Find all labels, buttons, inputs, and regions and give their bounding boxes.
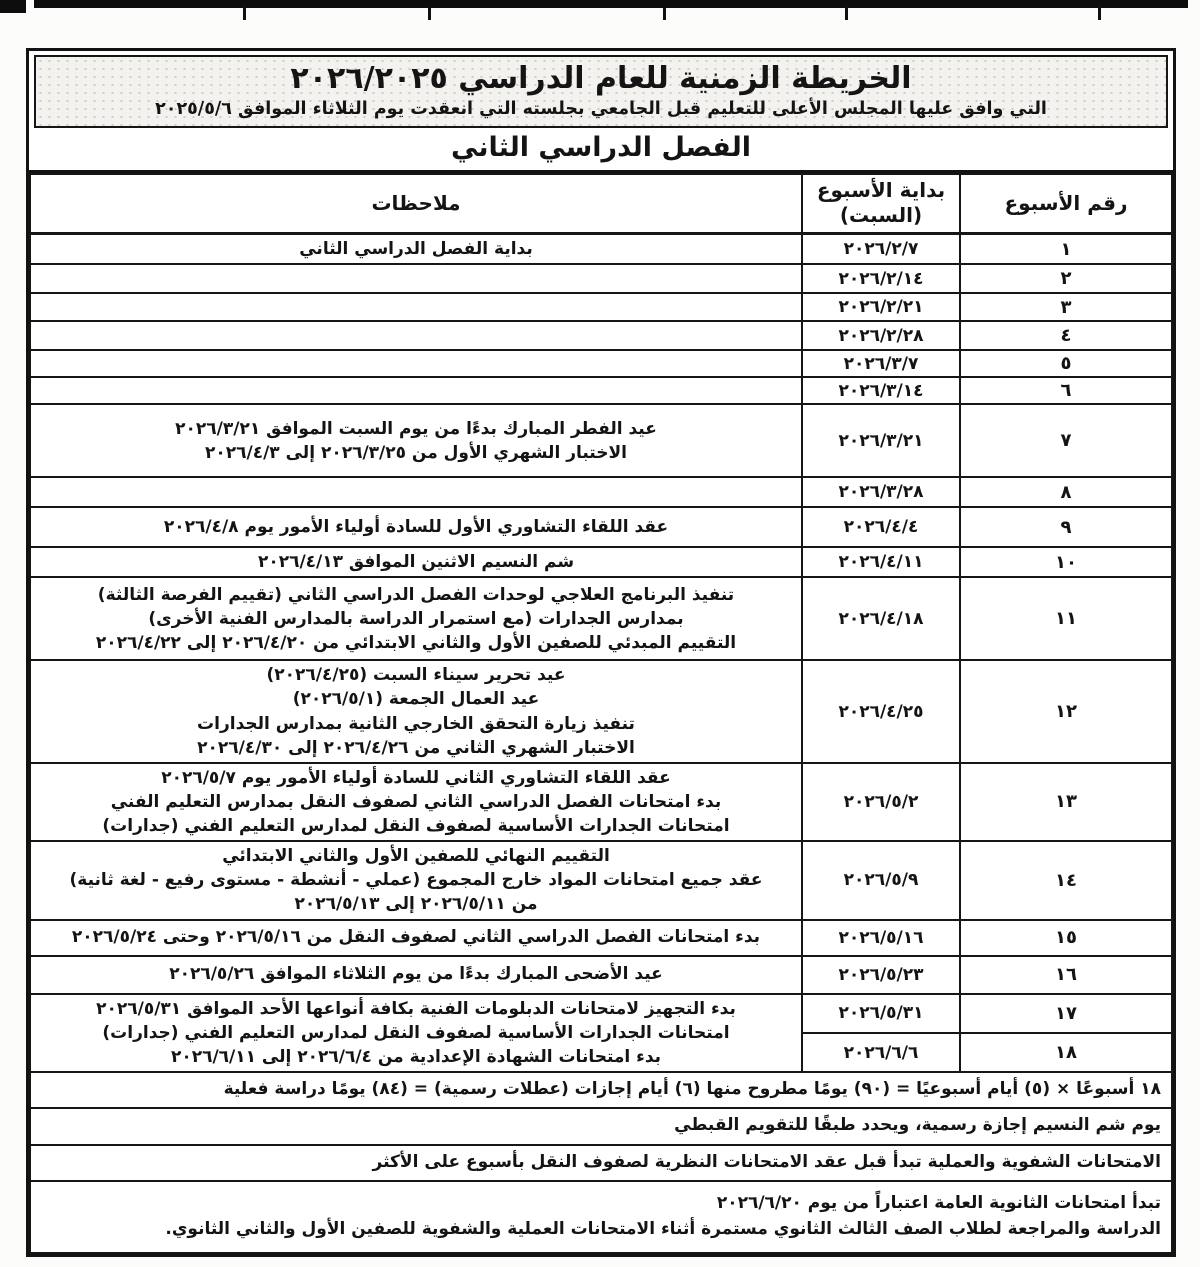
week-number-cell: ١٨ bbox=[960, 1033, 1172, 1072]
week-start-date-cell: ٢٠٢٦/٥/١٦ bbox=[802, 920, 960, 956]
week-number-cell: ١٥ bbox=[960, 920, 1172, 956]
week-row: ١١ ٢٠٢٦/٤/١٨ تنفيذ البرنامج العلاجي لوحد… bbox=[30, 577, 1172, 660]
notes-cell-merged: بدء التجهيز لامتحانات الدبلومات الفنية ب… bbox=[30, 994, 802, 1072]
notes-cell: التقييم النهائي للصفين الأول والثاني الا… bbox=[30, 841, 802, 919]
header-row: رقم الأسبوع بداية الأسبوع (السبت) ملاحظا… bbox=[30, 174, 1172, 234]
col-header-week-start: بداية الأسبوع (السبت) bbox=[802, 174, 960, 234]
footnote-cell: ١٨ أسبوعًا × (٥) أيام أسبوعيًا = (٩٠) يو… bbox=[30, 1072, 1172, 1108]
col-header-week-number: رقم الأسبوع bbox=[960, 174, 1172, 234]
week-row: ٤ ٢٠٢٦/٢/٢٨ bbox=[30, 321, 1172, 350]
scan-artifact-tick bbox=[1098, 6, 1101, 20]
scan-artifact-tick bbox=[243, 6, 246, 20]
notes-cell bbox=[30, 350, 802, 377]
week-start-date-cell: ٢٠٢٦/٤/٢٥ bbox=[802, 660, 960, 763]
week-row: ٩ ٢٠٢٦/٤/٤ عقد اللقاء التشاوري الأول للس… bbox=[30, 507, 1172, 547]
week-start-date-cell: ٢٠٢٦/٣/٢١ bbox=[802, 404, 960, 477]
scanned-document-page: { "colors": { "ink": "#141414", "paper":… bbox=[0, 0, 1200, 1267]
week-number-cell: ٢ bbox=[960, 264, 1172, 293]
week-number-cell: ١ bbox=[960, 234, 1172, 265]
week-number-cell: ٨ bbox=[960, 477, 1172, 507]
week-start-date-cell: ٢٠٢٦/٣/١٤ bbox=[802, 377, 960, 404]
scan-artifact-tick bbox=[663, 6, 666, 20]
footnote-row: يوم شم النسيم إجازة رسمية، ويحدد طبقًا ل… bbox=[30, 1108, 1172, 1144]
schedule-table-header: رقم الأسبوع بداية الأسبوع (السبت) ملاحظا… bbox=[30, 174, 1172, 234]
week-row: ٣ ٢٠٢٦/٢/٢١ bbox=[30, 293, 1172, 321]
col-header-notes: ملاحظات bbox=[30, 174, 802, 234]
week-start-date-cell: ٢٠٢٦/٥/٢٣ bbox=[802, 956, 960, 994]
week-start-date-cell: ٢٠٢٦/٥/٣١ bbox=[802, 994, 960, 1034]
document-title: الخريطة الزمنية للعام الدراسي ٢٠٢٦/٢٠٢٥ bbox=[42, 60, 1160, 98]
week-row: ٥ ٢٠٢٦/٣/٧ bbox=[30, 350, 1172, 377]
notes-cell: عيد الفطر المبارك بدءًا من يوم السبت الم… bbox=[30, 404, 802, 477]
week-number-cell: ١٧ bbox=[960, 994, 1172, 1034]
scan-artifact-corner-mark bbox=[0, 0, 26, 13]
notes-cell bbox=[30, 293, 802, 321]
notes-cell: عيد تحرير سيناء السبت (٢٠٢٦/٤/٢٥) عيد ال… bbox=[30, 660, 802, 763]
footnote-cell: يوم شم النسيم إجازة رسمية، ويحدد طبقًا ل… bbox=[30, 1108, 1172, 1144]
week-row: ٨ ٢٠٢٦/٣/٢٨ bbox=[30, 477, 1172, 507]
scan-artifact-tick bbox=[845, 6, 848, 20]
footnote-cell: تبدأ امتحانات الثانوية العامة اعتباراً م… bbox=[30, 1181, 1172, 1253]
footnote-row: ١٨ أسبوعًا × (٥) أيام أسبوعيًا = (٩٠) يو… bbox=[30, 1072, 1172, 1108]
week-row: ١ ٢٠٢٦/٢/٧ بداية الفصل الدراسي الثاني bbox=[30, 234, 1172, 265]
week-start-date-cell: ٢٠٢٦/٥/٢ bbox=[802, 763, 960, 841]
week-row: ١٦ ٢٠٢٦/٥/٢٣ عيد الأضحى المبارك بدءًا من… bbox=[30, 956, 1172, 994]
notes-cell bbox=[30, 264, 802, 293]
notes-cell: عيد الأضحى المبارك بدءًا من يوم الثلاثاء… bbox=[30, 956, 802, 994]
week-row: ١٠ ٢٠٢٦/٤/١١ شم النسيم الاثنين الموافق ٢… bbox=[30, 547, 1172, 577]
scan-artifact-top-bar bbox=[34, 0, 1188, 8]
schedule-table-body: ١ ٢٠٢٦/٢/٧ بداية الفصل الدراسي الثاني ٢ … bbox=[30, 234, 1172, 1072]
footnote-cell: الامتحانات الشفوية والعملية تبدأ قبل عقد… bbox=[30, 1145, 1172, 1181]
week-number-cell: ٤ bbox=[960, 321, 1172, 350]
week-start-date-cell: ٢٠٢٦/٥/٩ bbox=[802, 841, 960, 919]
week-start-date-cell: ٢٠٢٦/٣/٧ bbox=[802, 350, 960, 377]
week-number-cell: ٧ bbox=[960, 404, 1172, 477]
week-start-date-cell: ٢٠٢٦/٣/٢٨ bbox=[802, 477, 960, 507]
week-number-cell: ١١ bbox=[960, 577, 1172, 660]
week-number-cell: ٥ bbox=[960, 350, 1172, 377]
notes-cell bbox=[30, 321, 802, 350]
week-row: ١٤ ٢٠٢٦/٥/٩ التقييم النهائي للصفين الأول… bbox=[30, 841, 1172, 919]
notes-cell: عقد اللقاء التشاوري الثاني للسادة أولياء… bbox=[30, 763, 802, 841]
notes-cell: شم النسيم الاثنين الموافق ٢٠٢٦/٤/١٣ bbox=[30, 547, 802, 577]
schedule-table-footnotes: ١٨ أسبوعًا × (٥) أيام أسبوعيًا = (٩٠) يو… bbox=[30, 1072, 1172, 1253]
section-title: الفصل الدراسي الثاني bbox=[29, 128, 1173, 173]
week-row: ٢ ٢٠٢٦/٢/١٤ bbox=[30, 264, 1172, 293]
week-start-date-cell: ٢٠٢٦/٢/١٤ bbox=[802, 264, 960, 293]
scan-artifact-tick bbox=[428, 6, 431, 20]
week-start-date-cell: ٢٠٢٦/٦/٦ bbox=[802, 1033, 960, 1072]
week-start-date-cell: ٢٠٢٦/٤/١١ bbox=[802, 547, 960, 577]
week-start-date-cell: ٢٠٢٦/٢/٢٨ bbox=[802, 321, 960, 350]
week-row: ١٧ ٢٠٢٦/٥/٣١ بدء التجهيز لامتحانات الدبل… bbox=[30, 994, 1172, 1034]
title-box: الخريطة الزمنية للعام الدراسي ٢٠٢٦/٢٠٢٥ … bbox=[34, 55, 1168, 128]
week-row: ١٥ ٢٠٢٦/٥/١٦ بدء امتحانات الفصل الدراسي … bbox=[30, 920, 1172, 956]
week-number-cell: ١٤ bbox=[960, 841, 1172, 919]
week-row: ١٢ ٢٠٢٦/٤/٢٥ عيد تحرير سيناء السبت (٢٠٢٦… bbox=[30, 660, 1172, 763]
notes-cell: بداية الفصل الدراسي الثاني bbox=[30, 234, 802, 265]
week-row: ١٣ ٢٠٢٦/٥/٢ عقد اللقاء التشاوري الثاني ل… bbox=[30, 763, 1172, 841]
week-start-date-cell: ٢٠٢٦/٢/٢١ bbox=[802, 293, 960, 321]
footnote-row: الامتحانات الشفوية والعملية تبدأ قبل عقد… bbox=[30, 1145, 1172, 1181]
notes-cell bbox=[30, 377, 802, 404]
week-number-cell: ١٠ bbox=[960, 547, 1172, 577]
document-subtitle: التي وافق عليها المجلس الأعلى للتعليم قب… bbox=[42, 99, 1160, 119]
week-number-cell: ٣ bbox=[960, 293, 1172, 321]
week-number-cell: ١٣ bbox=[960, 763, 1172, 841]
week-row: ٧ ٢٠٢٦/٣/٢١ عيد الفطر المبارك بدءًا من ي… bbox=[30, 404, 1172, 477]
notes-cell bbox=[30, 477, 802, 507]
week-row: ٦ ٢٠٢٦/٣/١٤ bbox=[30, 377, 1172, 404]
notes-cell: بدء امتحانات الفصل الدراسي الثاني لصفوف … bbox=[30, 920, 802, 956]
week-start-date-cell: ٢٠٢٦/٢/٧ bbox=[802, 234, 960, 265]
notes-cell: تنفيذ البرنامج العلاجي لوحدات الفصل الدر… bbox=[30, 577, 802, 660]
week-start-date-cell: ٢٠٢٦/٤/٤ bbox=[802, 507, 960, 547]
week-number-cell: ١٢ bbox=[960, 660, 1172, 763]
week-number-cell: ٦ bbox=[960, 377, 1172, 404]
notes-cell: عقد اللقاء التشاوري الأول للسادة أولياء … bbox=[30, 507, 802, 547]
footnote-row: تبدأ امتحانات الثانوية العامة اعتباراً م… bbox=[30, 1181, 1172, 1253]
week-number-cell: ١٦ bbox=[960, 956, 1172, 994]
document-frame: الخريطة الزمنية للعام الدراسي ٢٠٢٦/٢٠٢٥ … bbox=[26, 48, 1176, 1257]
week-number-cell: ٩ bbox=[960, 507, 1172, 547]
week-start-date-cell: ٢٠٢٦/٤/١٨ bbox=[802, 577, 960, 660]
schedule-table: رقم الأسبوع بداية الأسبوع (السبت) ملاحظا… bbox=[29, 173, 1173, 1254]
